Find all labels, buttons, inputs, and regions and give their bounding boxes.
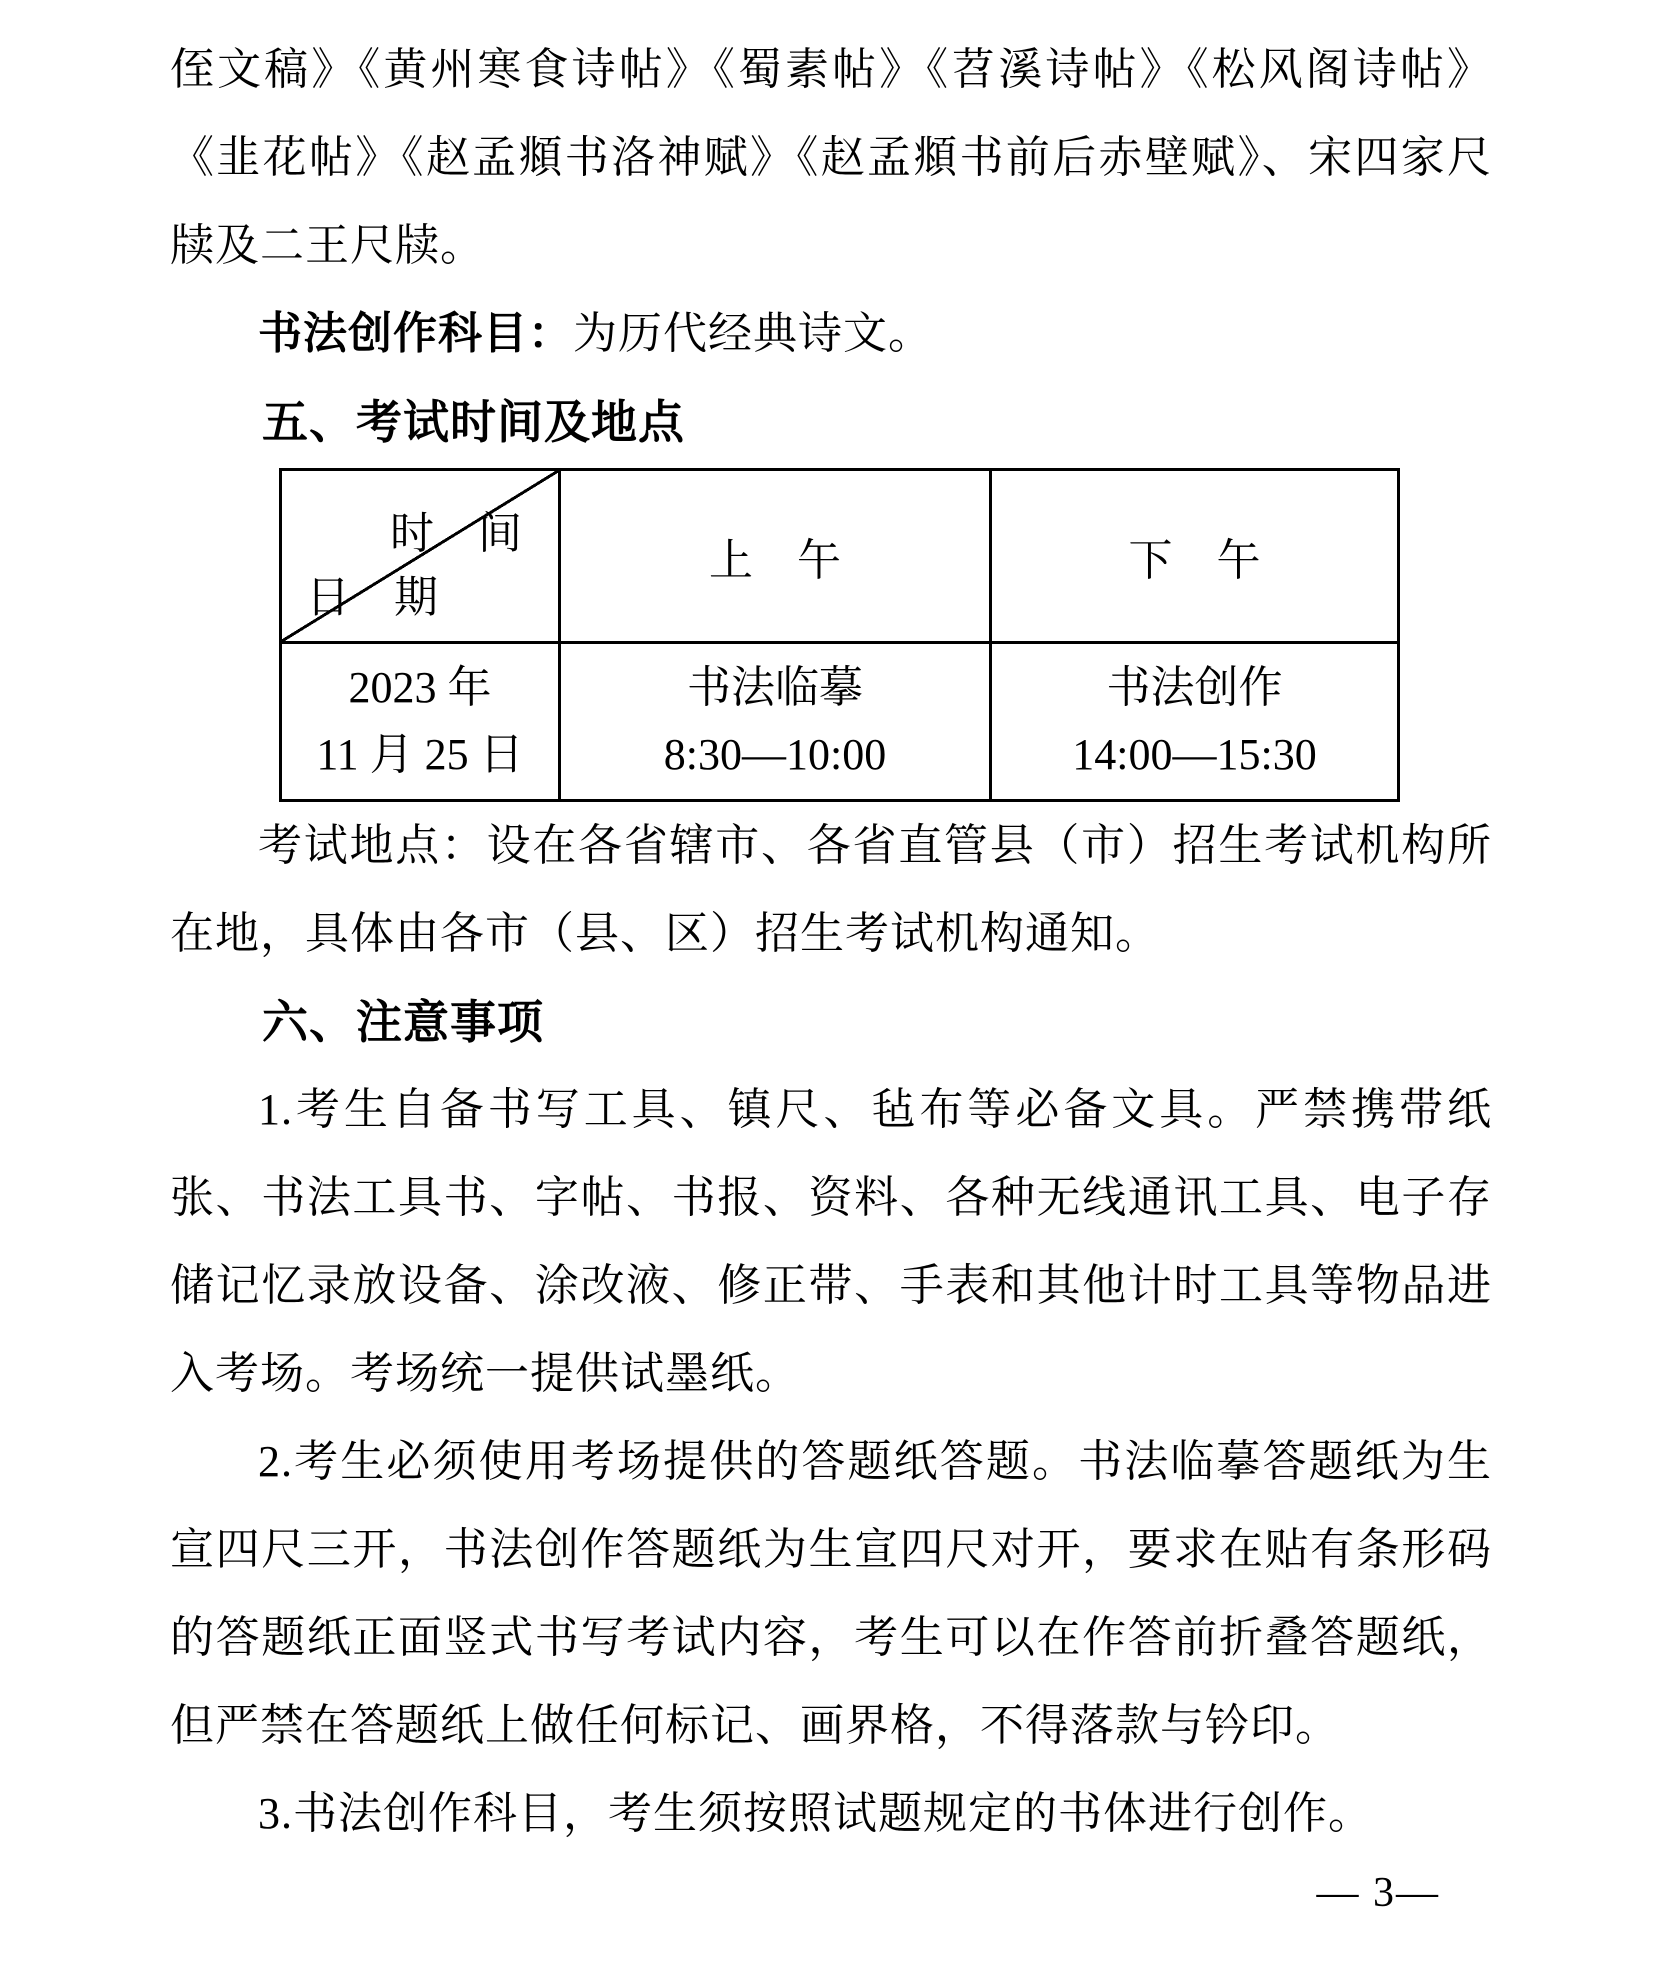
- exam-schedule-table: 时 间 日 期 上 午 下 午 2023 年 11 月 25 日 书法临摹 8:…: [279, 468, 1400, 802]
- notice-item-2: 2.考生必须使用考场提供的答题纸答题。书法临摹答题纸为生宣四尺三开，书法创作答题…: [170, 1418, 1492, 1770]
- table-corner-cell: 时 间 日 期: [281, 470, 560, 643]
- paragraph-creation-subject: 书法创作科目：为历代经典诗文。: [170, 290, 1492, 378]
- document-content: 侄文稿》《黄州寒食诗帖》《蜀素帖》《苕溪诗帖》《松风阁诗帖》《韭花帖》《赵孟頫书…: [170, 26, 1492, 1858]
- notice-item-3: 3.书法创作科目，考生须按照试题规定的书体进行创作。: [170, 1770, 1492, 1858]
- works-list-line-2: 《韭花帖》《赵孟頫书洛神赋》《赵孟頫书前后赤壁赋》、宋四家: [170, 133, 1447, 182]
- heading-section-5: 五、考试时间及地点: [170, 378, 1492, 466]
- corner-date-label: 日 期: [306, 561, 438, 625]
- table-cell-morning: 书法临摹 8:30—10:00: [560, 643, 991, 801]
- works-list-line-1: 侄文稿》《黄州寒食诗帖》《蜀素帖》《苕溪诗帖》《松风阁诗帖》: [170, 45, 1492, 94]
- page-number: — 3—: [1317, 1869, 1441, 1917]
- table-header-afternoon: 下 午: [991, 470, 1399, 643]
- notice-item-1: 1.考生自备书写工具、镇尺、毡布等必备文具。严禁携带纸张、书法工具书、字帖、书报…: [170, 1066, 1492, 1418]
- date-year: 2023 年: [282, 666, 558, 710]
- morning-subject: 书法临摹: [561, 666, 989, 710]
- afternoon-subject: 书法创作: [992, 666, 1397, 710]
- paragraph-works-list: 侄文稿》《黄州寒食诗帖》《蜀素帖》《苕溪诗帖》《松风阁诗帖》《韭花帖》《赵孟頫书…: [170, 26, 1492, 290]
- table-header-morning: 上 午: [560, 470, 991, 643]
- date-day: 11 月 25 日: [282, 733, 558, 777]
- schedule-header-row: 时 间 日 期 上 午 下 午: [281, 470, 1399, 643]
- paragraph-exam-location: 考试地点：设在各省辖市、各省直管县（市）招生考试机构所在地，具体由各市（县、区）…: [170, 802, 1492, 978]
- heading-section-6: 六、注意事项: [170, 978, 1492, 1066]
- creation-subject-label: 书法创作科目：: [258, 309, 573, 358]
- afternoon-time: 14:00—15:30: [992, 733, 1397, 777]
- table-cell-date: 2023 年 11 月 25 日: [281, 643, 560, 801]
- document-page: 侄文稿》《黄州寒食诗帖》《蜀素帖》《苕溪诗帖》《松风阁诗帖》《韭花帖》《赵孟頫书…: [0, 0, 1654, 1961]
- creation-subject-text: 为历代经典诗文。: [573, 309, 933, 358]
- corner-time-label: 时 间: [390, 497, 522, 561]
- morning-time: 8:30—10:00: [561, 733, 989, 777]
- schedule-data-row: 2023 年 11 月 25 日 书法临摹 8:30—10:00 书法创作 14…: [281, 643, 1399, 801]
- table-cell-afternoon: 书法创作 14:00—15:30: [991, 643, 1399, 801]
